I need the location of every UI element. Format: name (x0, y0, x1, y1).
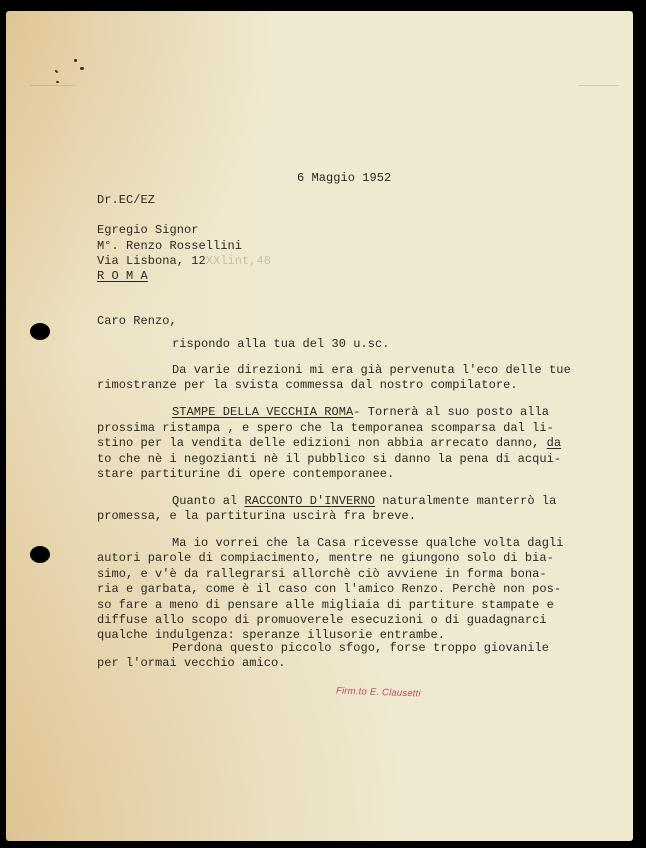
paragraph-4-prefix: Quanto al (172, 494, 245, 508)
paragraph-6-line: per l'ormai vecchio amico. (97, 655, 286, 671)
address-text: Via Lisbona, 12 (97, 254, 206, 268)
paragraph-5-line: ria e garbata, come è il caso con l'amic… (97, 581, 561, 597)
reference-code: Dr.EC/EZ (97, 192, 155, 208)
stain-speck (55, 70, 57, 72)
address-bleedthrough: XXlint,48 (206, 254, 271, 268)
stain-speck (56, 81, 59, 83)
paragraph-2-line: Da varie direzioni mi era già pervenuta … (172, 362, 571, 378)
punch-hole-bottom (30, 546, 50, 563)
greeting: Caro Renzo, (97, 313, 177, 329)
paragraph-5-line: simo, e v'è da rallegrarsi allorchè ciò … (97, 566, 547, 582)
paragraph-4-line: promessa, e la partiturina uscirà fra br… (97, 508, 416, 524)
faint-mark (30, 85, 75, 86)
paragraph-3-line: prossima ristampa , e spero che la tempo… (97, 420, 554, 436)
paragraph-1-line: rispondo alla tua del 30 u.sc. (172, 336, 390, 352)
paragraph-5-line: autori parole di compiacimento, mentre n… (97, 550, 554, 566)
paragraph-2-line: rimostranze per la svista commessa dal n… (97, 377, 518, 393)
paragraph-5-line: diffuse allo scopo di promuoverele esecu… (97, 612, 547, 628)
recipient-address: Via Lisbona, 12XXlint,48 (97, 253, 271, 269)
paragraph-3-line: STAMPE DELLA VECCHIA ROMA- Tornerà al su… (172, 404, 549, 420)
paragraph-3-line: to che nè i negozianti nè il pubblico si… (97, 451, 561, 467)
faint-mark (579, 85, 619, 86)
letter-date: 6 Maggio 1952 (297, 170, 391, 186)
paragraph-6-line: Perdona questo piccolo sfogo, forse trop… (172, 640, 549, 656)
stain-speck (74, 59, 77, 62)
recipient-city: R O M A (97, 268, 148, 284)
stain-speck (80, 67, 84, 70)
paragraph-3-text: stino per la vendita delle edizioni non … (97, 436, 547, 450)
paragraph-3-text-underlined: da (547, 436, 562, 450)
paragraph-4-text: naturalmente manterrò la (375, 494, 556, 508)
recipient-salutation: Egregio Signor (97, 222, 199, 238)
paragraph-5-line: Ma io vorrei che la Casa ricevesse qualc… (172, 535, 564, 551)
paragraph-3-line: stare partiturine di opere contemporanee… (97, 466, 394, 482)
paragraph-4-line: Quanto al RACCONTO D'INVERNO naturalment… (172, 493, 556, 509)
punch-hole-top (30, 323, 50, 340)
title-stampe-vecchia-roma: STAMPE DELLA VECCHIA ROMA (172, 405, 353, 419)
paragraph-3-text: - Tornerà al suo posto alla (353, 405, 549, 419)
paragraph-3-line: stino per la vendita delle edizioni non … (97, 435, 561, 451)
title-racconto-d-inverno: RACCONTO D'INVERNO (245, 494, 376, 508)
paragraph-5-line: so fare a meno di pensare alle migliaia … (97, 597, 554, 613)
recipient-name: M°. Renzo Rossellini (97, 238, 242, 254)
